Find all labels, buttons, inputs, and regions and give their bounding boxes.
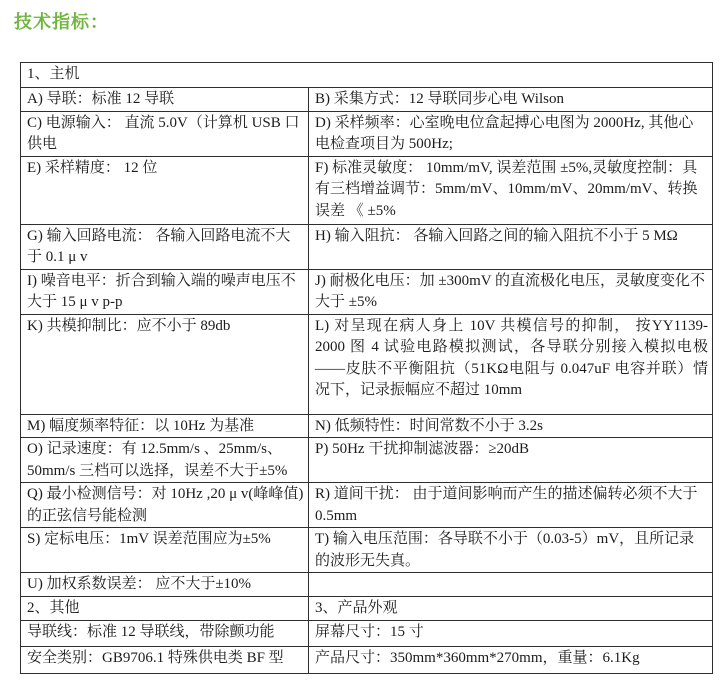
spec-cell-left: I) 噪音电平：折合到输入端的噪声电压不大于 15 μ v p-p xyxy=(21,269,309,314)
spec-cell-right: R) 道间干扰： 由于道间影响而产生的描述偏转必须不大于 0.5mm xyxy=(309,483,713,528)
spec-cell-right: F) 标准灵敏度： 10mm/mV, 误差范围 ±5%,灵敏度控制：具有三档增益… xyxy=(309,156,713,224)
spec-cell-right: P) 50Hz 干扰抑制滤波器：≥20dB xyxy=(309,438,713,483)
spec-cell-left: 导联线：标准 12 导联线，带除颤功能 xyxy=(21,621,309,647)
table-row: Q) 最小检测信号：对 10Hz ,20 μ v(峰峰值)的正弦信号能检测 R)… xyxy=(21,483,713,528)
spec-cell-left: S) 定标电压：1mV 误差范围应为±5% xyxy=(21,528,309,573)
section-cell: 1、主机 xyxy=(21,63,713,88)
spec-cell-left: C) 电源输入： 直流 5.0V（计算机 USB 口供电 xyxy=(21,111,309,156)
table-row: K) 共模抑制比：应不小于 89db L) 对呈现在病人身上 10V 共模信号的… xyxy=(21,314,713,414)
table-row: G) 输入回路电流： 各输入回路电流不大于 0.1 μ v H) 输入阻抗： 各… xyxy=(21,224,713,269)
page-title: 技术指标： xyxy=(14,8,109,34)
spec-cell-left: M) 幅度频率特征：以 10Hz 为基准 xyxy=(21,414,309,438)
spec-cell-right: T) 输入电压范围：各导联不小于（0.03-5）mV，且所记录的波形无失真。 xyxy=(309,528,713,573)
section-cell-other: 2、其他 xyxy=(21,597,309,621)
spec-cell-left: U) 加权系数误差： 应不大于±10% xyxy=(21,573,309,597)
table-row: C) 电源输入： 直流 5.0V（计算机 USB 口供电 D) 采样频率：心室晚… xyxy=(21,111,713,156)
spec-cell-right: H) 输入阻抗： 各输入回路之间的输入阻抗不小于 5 MΩ xyxy=(309,224,713,269)
spec-cell-right: D) 采样频率：心室晚电位盒起搏心电图为 2000Hz, 其他心电检查项目为 5… xyxy=(309,111,713,156)
table-row: A) 导联：标准 12 导联 B) 采集方式：12 导联同步心电 Wilson xyxy=(21,88,713,112)
table-row: U) 加权系数误差： 应不大于±10% xyxy=(21,573,713,597)
spec-cell-right: B) 采集方式：12 导联同步心电 Wilson xyxy=(309,88,713,112)
spec-cell-left: G) 输入回路电流： 各输入回路电流不大于 0.1 μ v xyxy=(21,224,309,269)
spec-cell-left: K) 共模抑制比：应不小于 89db xyxy=(21,314,309,414)
table-row: M) 幅度频率特征：以 10Hz 为基准 N) 低频特性：时间常数不小于 3.2… xyxy=(21,414,713,438)
spec-table: 1、主机 A) 导联：标准 12 导联 B) 采集方式：12 导联同步心电 Wi… xyxy=(20,62,713,674)
spec-cell-right: J) 耐极化电压：加 ±300mV 的直流极化电压，灵敏度变化不大于 ±5% xyxy=(309,269,713,314)
spec-cell-right: 产品尺寸：350mm*360mm*270mm，重量：6.1Kg xyxy=(309,647,713,674)
table-row: 导联线：标准 12 导联线，带除颤功能 屏幕尺寸：15 寸 xyxy=(21,621,713,647)
table-row: 安全类别：GB9706.1 特殊供电类 BF 型 产品尺寸：350mm*360m… xyxy=(21,647,713,674)
spec-cell-left: O) 记录速度：有 12.5mm/s 、25mm/s、50mm/s 三档可以选择… xyxy=(21,438,309,483)
section-cell-appearance: 3、产品外观 xyxy=(309,597,713,621)
spec-cell-right: L) 对呈现在病人身上 10V 共模信号的抑制， 按YY1139-2000 图 … xyxy=(309,314,713,414)
spec-cell-right: 屏幕尺寸：15 寸 xyxy=(309,621,713,647)
spec-cell-left: Q) 最小检测信号：对 10Hz ,20 μ v(峰峰值)的正弦信号能检测 xyxy=(21,483,309,528)
spec-cell-left: 安全类别：GB9706.1 特殊供电类 BF 型 xyxy=(21,647,309,674)
table-row: O) 记录速度：有 12.5mm/s 、25mm/s、50mm/s 三档可以选择… xyxy=(21,438,713,483)
table-row: E) 采样精度： 12 位 F) 标准灵敏度： 10mm/mV, 误差范围 ±5… xyxy=(21,156,713,224)
table-row-section-other: 2、其他 3、产品外观 xyxy=(21,597,713,621)
spec-cell-left: E) 采样精度： 12 位 xyxy=(21,156,309,224)
spec-cell-right: N) 低频特性：时间常数不小于 3.2s xyxy=(309,414,713,438)
spec-cell-left: A) 导联：标准 12 导联 xyxy=(21,88,309,112)
table-row-section-mainunit: 1、主机 xyxy=(21,63,713,88)
table-row: S) 定标电压：1mV 误差范围应为±5% T) 输入电压范围：各导联不小于（0… xyxy=(21,528,713,573)
spec-cell-right-empty xyxy=(309,573,713,597)
table-row: I) 噪音电平：折合到输入端的噪声电压不大于 15 μ v p-p J) 耐极化… xyxy=(21,269,713,314)
